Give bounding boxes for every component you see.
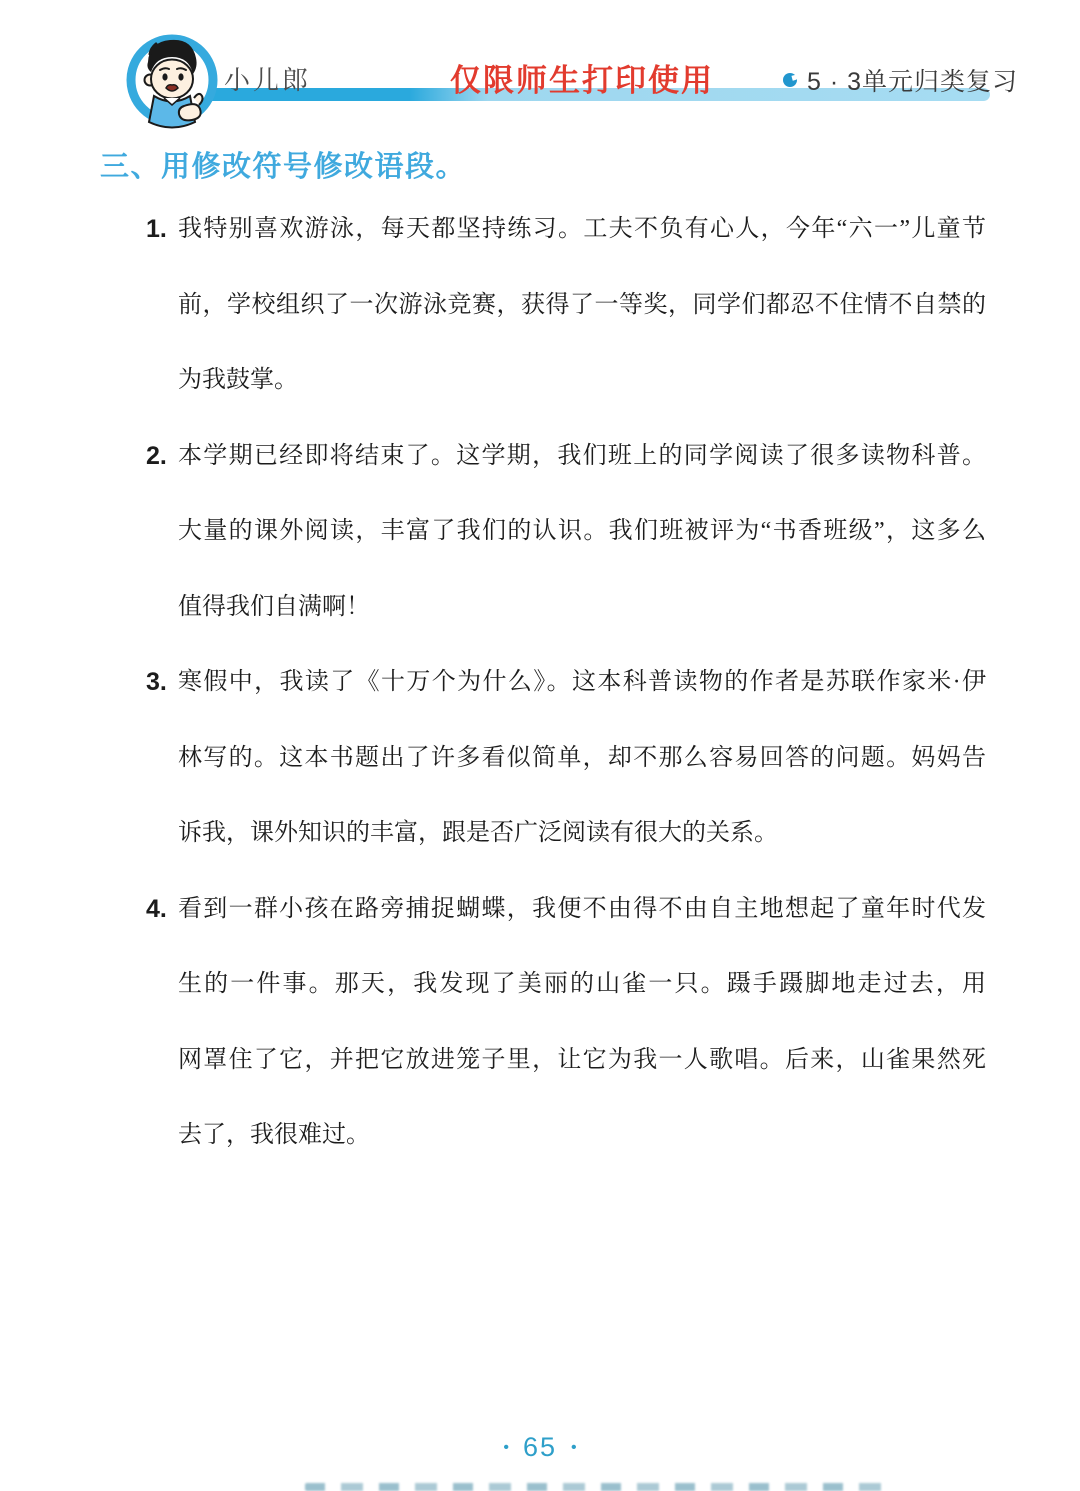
print-notice: 仅限师生打印使用 — [450, 55, 714, 100]
text-line: 看到一群小孩在路旁捕捉蝴蝶，我便不由得不由自主地想起了童年时代发 — [178, 872, 986, 948]
exercise-body: 1. 我特别喜欢游泳，每天都坚持练习。工夫不负有心人，今年“六一”儿童节 前，学… — [146, 192, 986, 1174]
page-number-right-dot: • — [571, 1440, 577, 1456]
text-line: 去了，我很难过。 — [178, 1098, 986, 1174]
exercise-item-4: 4. 看到一群小孩在路旁捕捉蝴蝶，我便不由得不由自主地想起了童年时代发 生的一件… — [146, 872, 986, 1174]
item-number: 3. — [146, 645, 178, 872]
section-heading: 三、用修改符号修改语段。 — [100, 144, 466, 185]
item-number: 1. — [146, 192, 178, 419]
text-line: 寒假中，我读了《十万个为什么》。这本科普读物的作者是苏联作家米·伊 — [178, 645, 986, 721]
text-line: 值得我们自满啊！ — [178, 570, 986, 646]
text-line: 生的一件事。那天，我发现了美丽的山雀一只。蹑手蹑脚地走过去，用 — [178, 947, 986, 1023]
text-line: 网罩住了它，并把它放进笼子里，让它为我一人歌唱。后来，山雀果然死 — [178, 1023, 986, 1099]
exercise-item-3: 3. 寒假中，我读了《十万个为什么》。这本科普读物的作者是苏联作家米·伊 林写的… — [146, 645, 986, 872]
item-number: 4. — [146, 872, 178, 1174]
unit-title-group: 5 · 3单元归类复习 — [783, 62, 1018, 98]
item-text: 寒假中，我读了《十万个为什么》。这本科普读物的作者是苏联作家米·伊 林写的。这本… — [178, 645, 986, 872]
text-line: 林写的。这本书题出了许多看似简单，却不那么容易回答的问题。妈妈告 — [178, 721, 986, 797]
bullet-dot-icon — [783, 73, 797, 87]
page-number: • 65 • — [0, 1432, 1080, 1463]
mascot-boy-icon — [118, 30, 222, 142]
text-line: 大量的课外阅读，丰富了我们的认识。我们班被评为“书香班级”，这多么 — [178, 494, 986, 570]
worksheet-page: 小儿郎 仅限师生打印使用 5 · 3单元归类复习 三、用修改符号修改语段。 1.… — [0, 0, 1080, 1491]
text-line: 我特别喜欢游泳，每天都坚持练习。工夫不负有心人，今年“六一”儿童节 — [178, 192, 986, 268]
item-text: 看到一群小孩在路旁捕捉蝴蝶，我便不由得不由自主地想起了童年时代发 生的一件事。那… — [178, 872, 986, 1174]
text-line: 本学期已经即将结束了。这学期，我们班上的同学阅读了很多读物科普。 — [178, 419, 986, 495]
unit-title: 5 · 3单元归类复习 — [807, 62, 1018, 98]
cut-off-text-strip — [305, 1483, 895, 1491]
brand-name: 小儿郎 — [224, 60, 311, 97]
brand-logo — [118, 30, 222, 142]
text-line: 为我鼓掌。 — [178, 343, 986, 419]
item-text: 我特别喜欢游泳，每天都坚持练习。工夫不负有心人，今年“六一”儿童节 前，学校组织… — [178, 192, 986, 419]
exercise-item-1: 1. 我特别喜欢游泳，每天都坚持练习。工夫不负有心人，今年“六一”儿童节 前，学… — [146, 192, 986, 419]
page-number-value: 65 — [523, 1432, 557, 1463]
item-text: 本学期已经即将结束了。这学期，我们班上的同学阅读了很多读物科普。 大量的课外阅读… — [178, 419, 986, 646]
text-line: 诉我，课外知识的丰富，跟是否广泛阅读有很大的关系。 — [178, 796, 986, 872]
text-line: 前，学校组织了一次游泳竞赛，获得了一等奖，同学们都忍不住情不自禁的 — [178, 268, 986, 344]
item-number: 2. — [146, 419, 178, 646]
exercise-item-2: 2. 本学期已经即将结束了。这学期，我们班上的同学阅读了很多读物科普。 大量的课… — [146, 419, 986, 646]
page-number-left-dot: • — [503, 1440, 509, 1456]
